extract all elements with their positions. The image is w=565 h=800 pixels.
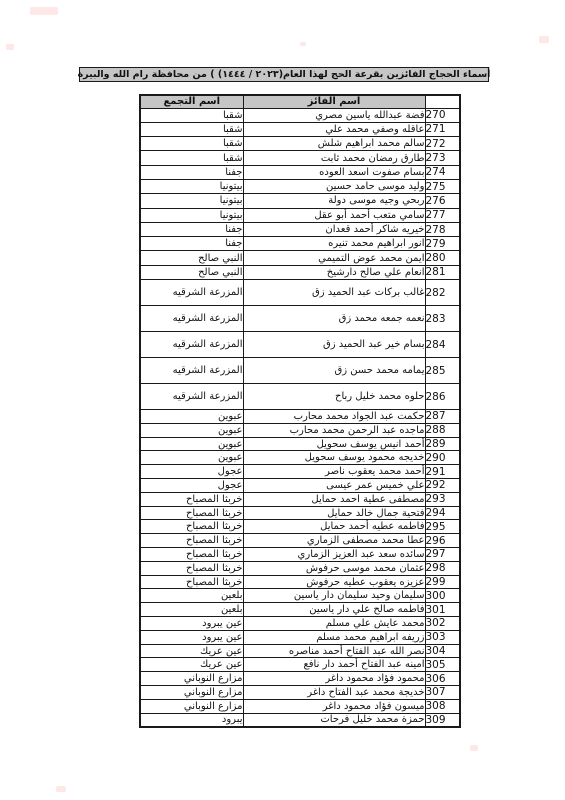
table-row: 281انعام علي صالح دارشيخالنبي صالح [140, 265, 460, 279]
table-row: 279انور ابراهيم محمد تنيرهجفنا [140, 237, 460, 251]
winner-name: فتحية جمال خالد حمايل [243, 506, 425, 520]
winner-name: محمود فؤاد محمود داغر [243, 672, 425, 686]
table-row: 304نصر الله عبد الفتاح أحمد مناصرهعين عر… [140, 644, 460, 658]
table-row: 274بسام صفوت اسعد العودهجفنا [140, 165, 460, 179]
winner-number: 283 [425, 306, 460, 332]
winner-number: 270 [425, 108, 460, 122]
winner-number: 294 [425, 506, 460, 520]
table-row: 294فتحية جمال خالد حمايلخربثا المصباح [140, 506, 460, 520]
winner-name: أحمد انيس يوسف سحويل [243, 437, 425, 451]
community-name: المزرعة الشرقيه [140, 384, 243, 410]
table-row: 306محمود فؤاد محمود داغرمزارع النوباني [140, 672, 460, 686]
community-name: شقبا [140, 151, 243, 165]
winner-number: 278 [425, 222, 460, 236]
community-name: خربثا المصباح [140, 506, 243, 520]
winner-name: حمزة محمد خليل فرحات [243, 713, 425, 727]
community-name: جفنا [140, 237, 243, 251]
table-row: 289أحمد انيس يوسف سحويلعبوين [140, 437, 460, 451]
community-name: خربثا المصباح [140, 534, 243, 548]
winner-name: غالب بركات عبد الحميد زق [243, 280, 425, 306]
winner-number: 285 [425, 358, 460, 384]
winner-name: حلوه محمد خليل رباح [243, 384, 425, 410]
community-name: النبي صالح [140, 265, 243, 279]
table-row: 288ماجده عبد الرحمن محمد محاربعبوين [140, 423, 460, 437]
community-name: عين عريك [140, 658, 243, 672]
winner-name: فضة عبدالله ياسين مصري [243, 108, 425, 122]
table-row: 301فاطمه صالح علي دار ياسينبلعين [140, 603, 460, 617]
winner-number: 303 [425, 630, 460, 644]
winner-number: 296 [425, 534, 460, 548]
table-row: 282غالب بركات عبد الحميد زقالمزرعة الشرق… [140, 280, 460, 306]
community-name: المزرعة الشرقيه [140, 358, 243, 384]
winner-number: 274 [425, 165, 460, 179]
winners-table: اسم الفائز اسم التجمع 270فضة عبدالله ياس… [139, 94, 461, 728]
winner-name: ميسون فؤاد محمود داغر [243, 699, 425, 713]
winner-number: 308 [425, 699, 460, 713]
winner-number: 275 [425, 179, 460, 193]
community-name: المزرعة الشرقيه [140, 280, 243, 306]
table-row: 305امينه عبد الفتاح أحمد دار نافععين عري… [140, 658, 460, 672]
winner-name: سائده سعد عبد العزيز الزماري [243, 548, 425, 562]
winner-number: 290 [425, 451, 460, 465]
winner-name: ماجده عبد الرحمن محمد محارب [243, 423, 425, 437]
winner-number: 298 [425, 561, 460, 575]
winner-name: فاطمه عطيه أحمد حمايل [243, 520, 425, 534]
table-row: 308ميسون فؤاد محمود داغرمزارع النوباني [140, 699, 460, 713]
scanned-document-page: أسماء الحجاج الفائزين بقرعة الحج لهذا ال… [0, 0, 565, 800]
table-row: 270فضة عبدالله ياسين مصريشقبا [140, 108, 460, 122]
winner-number: 271 [425, 122, 460, 136]
table-row: 302محمد عايش علي مسلمعين يبرود [140, 617, 460, 631]
winner-number: 282 [425, 280, 460, 306]
winner-name: عاقله وصفي محمد علي [243, 122, 425, 136]
community-name: عبوين [140, 437, 243, 451]
community-name: عجول [140, 479, 243, 493]
table-row: 277سامي متعب أحمد أبو عقلبيتونيا [140, 208, 460, 222]
winner-number: 297 [425, 548, 460, 562]
table-row: 278خيريه شاكر أحمد قعدانجفنا [140, 222, 460, 236]
community-name: عبوين [140, 423, 243, 437]
table-row: 291أحمد محمد يعقوب ناصرعجول [140, 465, 460, 479]
table-body: 270فضة عبدالله ياسين مصريشقبا271عاقله وص… [140, 108, 460, 727]
community-name: بيتونيا [140, 194, 243, 208]
winner-name: انعام علي صالح دارشيخ [243, 265, 425, 279]
community-name: عجول [140, 465, 243, 479]
winner-name: محمد عايش علي مسلم [243, 617, 425, 631]
table-row: 287حكمت عبد الجواد محمد محاربعبوين [140, 410, 460, 424]
scan-noise [470, 745, 478, 751]
winner-number: 293 [425, 492, 460, 506]
community-name: جفنا [140, 165, 243, 179]
winner-name: أحمد محمد يعقوب ناصر [243, 465, 425, 479]
table-header-row: اسم الفائز اسم التجمع [140, 95, 460, 108]
table-row: 297سائده سعد عبد العزيز الزماريخربثا الم… [140, 548, 460, 562]
community-name: مزارع النوباني [140, 686, 243, 700]
table-row: 295فاطمه عطيه أحمد حمايلخربثا المصباح [140, 520, 460, 534]
winner-number: 301 [425, 603, 460, 617]
winner-name: امينه عبد الفتاح أحمد دار نافع [243, 658, 425, 672]
winner-name: سالم محمد ابراهيم شلش [243, 137, 425, 151]
community-column-header: اسم التجمع [140, 95, 243, 108]
winner-name: عزيزه يعقوب عطيه حرفوش [243, 575, 425, 589]
winner-number: 289 [425, 437, 460, 451]
community-name: مزارع النوباني [140, 672, 243, 686]
community-name: بيتونيا [140, 208, 243, 222]
community-name: عبوين [140, 451, 243, 465]
winner-number: 288 [425, 423, 460, 437]
community-name: النبي صالح [140, 251, 243, 265]
winner-name: سامي متعب أحمد أبو عقل [243, 208, 425, 222]
scan-noise [6, 44, 14, 50]
table-row: 276ربحي وجيه موسى دولةبيتونيا [140, 194, 460, 208]
community-name: شقبا [140, 122, 243, 136]
table-row: 283نعمه جمعه محمد زقالمزرعة الشرقيه [140, 306, 460, 332]
scan-noise [30, 7, 58, 15]
community-name: خربثا المصباح [140, 561, 243, 575]
table-row: 296عطا محمد مصطفى الزماريخربثا المصباح [140, 534, 460, 548]
winner-number: 280 [425, 251, 460, 265]
winner-name: حكمت عبد الجواد محمد محارب [243, 410, 425, 424]
winner-name: نعمه جمعه محمد زق [243, 306, 425, 332]
winner-number: 279 [425, 237, 460, 251]
winner-number: 281 [425, 265, 460, 279]
table-row: 273طارق رمضان محمد ثابتشقبا [140, 151, 460, 165]
community-name: عين عريك [140, 644, 243, 658]
winner-name: وليد موسى حامد حسين [243, 179, 425, 193]
community-name: يبرود [140, 713, 243, 727]
document-title: أسماء الحجاج الفائزين بقرعة الحج لهذا ال… [78, 68, 491, 81]
winner-number: 276 [425, 194, 460, 208]
winner-name: عثمان محمد موسى حرفوش [243, 561, 425, 575]
winner-name: خيريه شاكر أحمد قعدان [243, 222, 425, 236]
table-row: 271عاقله وصفي محمد عليشقبا [140, 122, 460, 136]
winner-number: 272 [425, 137, 460, 151]
document-title-bar: أسماء الحجاج الفائزين بقرعة الحج لهذا ال… [79, 67, 489, 82]
winner-number: 306 [425, 672, 460, 686]
community-name: خربثا المصباح [140, 492, 243, 506]
community-name: خربثا المصباح [140, 520, 243, 534]
winner-name-column-header: اسم الفائز [243, 95, 425, 108]
winner-number: 305 [425, 658, 460, 672]
community-name: شقبا [140, 108, 243, 122]
winner-number: 299 [425, 575, 460, 589]
community-name: المزرعة الشرقيه [140, 306, 243, 332]
community-name: عين يبرود [140, 630, 243, 644]
community-name: بلعين [140, 589, 243, 603]
table-row: 280ايمن محمد عوض التميميالنبي صالح [140, 251, 460, 265]
table-row: 284بسام خير عبد الحميد زقالمزرعة الشرقيه [140, 332, 460, 358]
winner-number: 292 [425, 479, 460, 493]
winner-number: 291 [425, 465, 460, 479]
winner-number: 300 [425, 589, 460, 603]
community-name: شقبا [140, 137, 243, 151]
winner-name: نصر الله عبد الفتاح أحمد مناصره [243, 644, 425, 658]
scan-noise [300, 42, 306, 46]
winner-name: مصطفى عطية احمد حمايل [243, 492, 425, 506]
table-row: 307خديجة محمد عبد الفتاح داغرمزارع النوب… [140, 686, 460, 700]
community-name: عين يبرود [140, 617, 243, 631]
number-column-header [425, 95, 460, 108]
community-name: جفنا [140, 222, 243, 236]
winner-name: خديجة محمد عبد الفتاح داغر [243, 686, 425, 700]
scan-noise [539, 36, 549, 43]
winner-number: 304 [425, 644, 460, 658]
community-name: خربثا المصباح [140, 548, 243, 562]
winner-name: سليمان وحيد سليمان دار ياسين [243, 589, 425, 603]
winner-name: علي خميس عمر عيسى [243, 479, 425, 493]
winner-name: ايمن محمد عوض التميمي [243, 251, 425, 265]
winner-number: 287 [425, 410, 460, 424]
community-name: المزرعة الشرقيه [140, 332, 243, 358]
table-row: 275وليد موسى حامد حسينبيتونيا [140, 179, 460, 193]
table-row: 300سليمان وحيد سليمان دار ياسينبلعين [140, 589, 460, 603]
table-row: 286حلوه محمد خليل رباحالمزرعة الشرقيه [140, 384, 460, 410]
winner-number: 277 [425, 208, 460, 222]
winner-name: انور ابراهيم محمد تنيره [243, 237, 425, 251]
table-row: 290خديجه محمود يوسف سحويلعبوين [140, 451, 460, 465]
scan-noise [56, 786, 66, 792]
table-row: 299عزيزه يعقوب عطيه حرفوشخربثا المصباح [140, 575, 460, 589]
winner-number: 302 [425, 617, 460, 631]
community-name: عبوين [140, 410, 243, 424]
table-row: 309حمزة محمد خليل فرحاتيبرود [140, 713, 460, 727]
winner-name: يمامه محمد حسن زق [243, 358, 425, 384]
community-name: بلعين [140, 603, 243, 617]
winner-number: 273 [425, 151, 460, 165]
table-row: 285يمامه محمد حسن زقالمزرعة الشرقيه [140, 358, 460, 384]
table-row: 292علي خميس عمر عيسىعجول [140, 479, 460, 493]
winner-name: بسام خير عبد الحميد زق [243, 332, 425, 358]
table-row: 272سالم محمد ابراهيم شلششقبا [140, 137, 460, 151]
community-name: مزارع النوباني [140, 699, 243, 713]
winner-name: فاطمه صالح علي دار ياسين [243, 603, 425, 617]
winner-number: 284 [425, 332, 460, 358]
table-row: 293مصطفى عطية احمد حمايلخربثا المصباح [140, 492, 460, 506]
winner-number: 295 [425, 520, 460, 534]
winner-name: عطا محمد مصطفى الزماري [243, 534, 425, 548]
winner-name: بسام صفوت اسعد العوده [243, 165, 425, 179]
winner-name: ربحي وجيه موسى دولة [243, 194, 425, 208]
community-name: بيتونيا [140, 179, 243, 193]
table-row: 303زريفه ابراهيم محمد مسلمعين يبرود [140, 630, 460, 644]
winner-name: طارق رمضان محمد ثابت [243, 151, 425, 165]
winner-number: 309 [425, 713, 460, 727]
winner-name: خديجه محمود يوسف سحويل [243, 451, 425, 465]
table-row: 298عثمان محمد موسى حرفوشخربثا المصباح [140, 561, 460, 575]
community-name: خربثا المصباح [140, 575, 243, 589]
winner-name: زريفه ابراهيم محمد مسلم [243, 630, 425, 644]
winner-number: 307 [425, 686, 460, 700]
winner-number: 286 [425, 384, 460, 410]
